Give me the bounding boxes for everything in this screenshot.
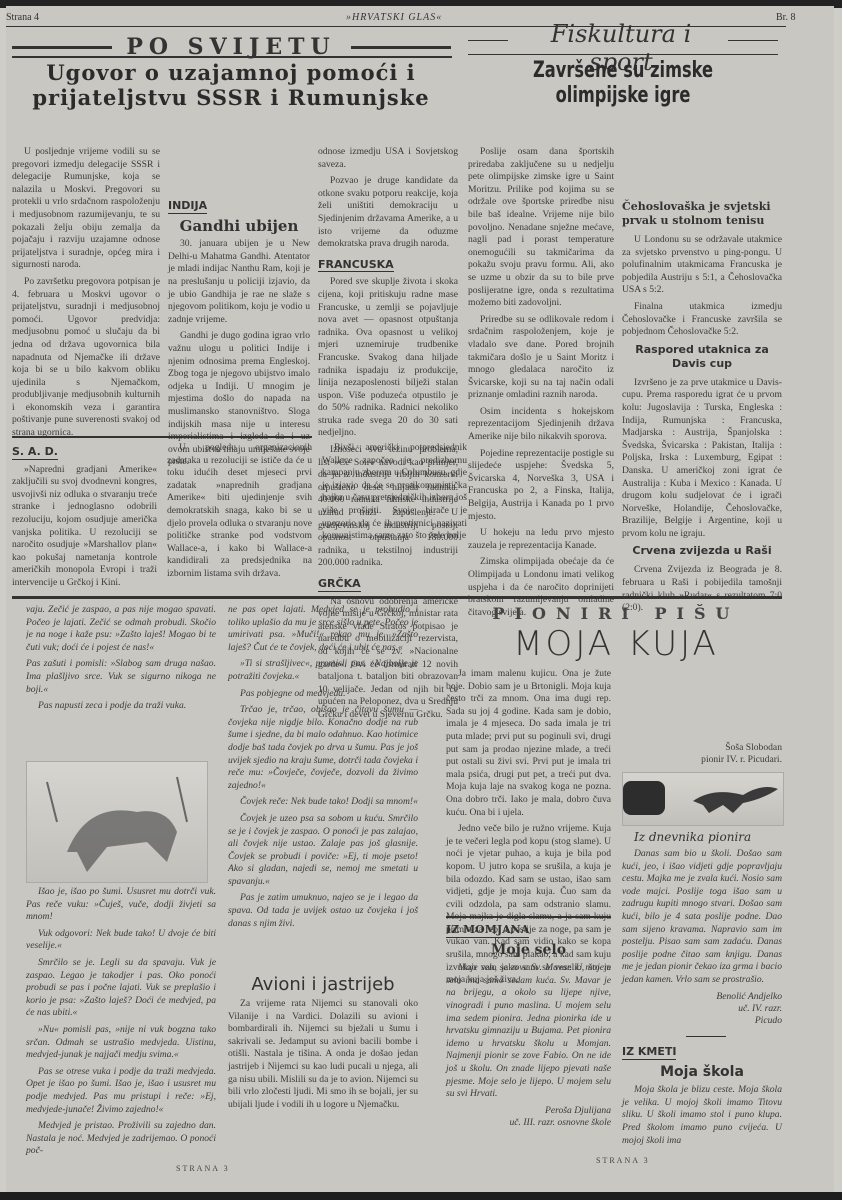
article-olympics: Poslije osam dana športskih priredaba za…: [468, 146, 614, 623]
headline-moja-kuja: MOJA KUJA: [446, 624, 786, 664]
section-label-kmeti: IZ KMETI: [622, 1046, 676, 1060]
article-ussr-romania: U posljednje vrijeme vodili su se pregov…: [12, 146, 160, 444]
story-column-1-bottom: Išao je, išao po šumi. Ususret mu dotrči…: [26, 886, 216, 1162]
paragraph: Vuk odgovori: Nek bude tako! U dvoje će …: [26, 928, 216, 953]
scan-bottom-border: [0, 1192, 842, 1200]
illustration-dog-and-wolf: [26, 761, 208, 883]
sport-rule-left: [468, 40, 508, 41]
paragraph: Pas zašuti i pomisli: »Slabog sam druga …: [26, 658, 216, 696]
headline-table-tennis: Čehoslovaška je svjetski prvak u stolnom…: [622, 200, 782, 228]
paragraph: Pored sve skuplje života i skoka cijena,…: [318, 276, 458, 440]
paragraph: U pogledu organizacionih zadataka u rezo…: [167, 442, 312, 581]
paragraph: Čovjek reče: Nek bude tako! Dodji sa mno…: [228, 796, 418, 809]
divider-usa: [12, 436, 312, 438]
headline-moje-selo: Moje selo: [446, 944, 611, 957]
section-title-pioneers: PIONIRI PIŠU: [446, 604, 786, 623]
paragraph: U hokeju na ledu prvo mjesto zauzela je …: [468, 527, 614, 552]
story-column-1-top: vaju. Zečić je zaspao, a pas nije mogao …: [26, 604, 216, 722]
paragraph: Čovjek je uzeo psa sa sobom u kuću. Smrč…: [228, 813, 418, 889]
author-name: Peroša Djulijana: [446, 1105, 611, 1117]
paragraph: »Ti si strašljivec«, promisli pas. »Najb…: [228, 658, 418, 683]
section-label-usa: S. A. D.: [12, 446, 58, 460]
paragraph: Trčao je, trčao, obišao je čitavu šumu —…: [228, 704, 418, 792]
page-footer-right: STRANA 3: [596, 1156, 650, 1165]
paragraph: vaju. Zečić je zaspao, a pas nije mogao …: [26, 604, 216, 654]
paragraph: Poslije osam dana športskih priredaba za…: [468, 146, 614, 310]
section-label-momjana: IZ MOMJANA: [446, 924, 529, 938]
paragraph: U posljednje vrijeme vodili su se pregov…: [12, 146, 160, 272]
paragraph: Pas napusti zeca i podje da traži vuka.: [26, 700, 216, 713]
paragraph: Smrčilo se je. Legli su da spavaju. Vuk …: [26, 957, 216, 1020]
paragraph: »Nu« pomisli pas, »nije ni vuk bogzna ta…: [26, 1024, 216, 1062]
paragraph: odnose izmedju USA i Sovjetskog saveza.: [318, 146, 458, 171]
article-planes: Za vrijeme rata Nijemci su stanovali oko…: [228, 998, 418, 1115]
headline-crvena-zvijezda: Crvena zvijezda u Raši: [622, 544, 782, 558]
paragraph: Medvjed je pristao. Proživili su zajedno…: [26, 1120, 216, 1158]
newspaper-page: Strana 4 »HRVATSKI GLAS« Br. 8 PO SVIJET…: [6, 6, 834, 1194]
paragraph: Bivši američki potpredsjednik Wallace za…: [322, 442, 467, 543]
sport-underline: [468, 54, 778, 55]
section-rule-right: [351, 46, 451, 49]
paragraph: Za vrijeme rata Nijemci su stanovali oko…: [228, 998, 418, 1111]
paragraph: ne pas opet lajati. Medvjed se je probud…: [228, 604, 418, 654]
paragraph: 30. januara ubijen je u New Delhi-u Maha…: [168, 238, 310, 326]
paragraph: »Napredni gradjani Amerike« zaključili s…: [12, 464, 157, 590]
author-info: uč. III. razr. osnovne škole: [446, 1117, 611, 1129]
divider-kmeti: [686, 1036, 726, 1037]
paragraph: Pas je zatim umuknuo, najeo se je i lega…: [228, 892, 418, 930]
article-table-tennis: Čehoslovaška je svjetski prvak u stolnom…: [622, 196, 782, 619]
page-number: Strana 4: [6, 12, 39, 23]
article-usa: S. A. D. »Napredni gradjani Amerike« zak…: [12, 442, 312, 592]
paragraph: Moja škola je blizu ceste. Moja škola je…: [622, 1084, 782, 1147]
headline-olympics: Završene su zimske olimpijske igre: [496, 58, 750, 108]
article-india: INDIJA Gandhi ubijen 30. januara ubijen …: [168, 196, 310, 473]
paragraph: Pas pobjegne od medvjeda.: [228, 688, 418, 701]
article-kmeti: IZ KMETI Moja škola Moja škola je blizu …: [622, 1042, 782, 1151]
headline-davis-cup: Raspored utaknica za Davis cup: [622, 343, 782, 371]
headline-gandhi: Gandhi ubijen: [168, 220, 310, 233]
paragraph: U Londonu su se održavale utakmice za sv…: [622, 234, 782, 297]
newspaper-name: »HRVATSKI GLAS«: [346, 12, 442, 23]
paragraph: Danas sam bio u školi. Došao sam kući, j…: [622, 848, 782, 987]
paragraph: Pojedine reprezentacije postigle su slij…: [468, 448, 614, 524]
article-momjana: IZ MOMJANA Moje selo Moje selo se zove S…: [446, 920, 611, 1129]
section-label-france: FRANCUSKA: [318, 259, 394, 273]
sport-rule-right: [728, 40, 778, 41]
story-column-2: ne pas opet lajati. Medvjed se je probud…: [228, 604, 418, 934]
signature-soso: Šoša Slobodan pionir IV. r. Picudari.: [622, 742, 782, 766]
author-class: uč. IV. razr.: [622, 1003, 782, 1015]
headline-ussr-romania: Ugovor o uzajamnoj pomoći i prijateljstv…: [6, 60, 456, 110]
paragraph: Izvršeno je za prve utakmice u Davis-cup…: [622, 377, 782, 541]
author-place: Picudo: [622, 1015, 782, 1027]
paragraph: Po završetku pregovora potpisan je 4. fe…: [12, 276, 160, 440]
paragraph: Priredbe su se odlikovale redom i srdačn…: [468, 314, 614, 402]
page-footer-left: STRANA 3: [176, 1164, 230, 1173]
author-name: Šoša Slobodan: [622, 742, 782, 754]
paragraph: Moje selo se zove Sv. Mavar. U mojem sel…: [446, 962, 611, 1101]
author-name: Benolić Andjelko: [622, 991, 782, 1003]
issue-number: Br. 8: [776, 12, 795, 23]
paragraph: Pozvao je druge kandidate da otkone svak…: [318, 175, 458, 251]
illustration-fox: [622, 772, 784, 826]
section-label-greece: GRČKA: [318, 578, 361, 592]
paragraph: Pas se otrese vuka i podje da traži medv…: [26, 1066, 216, 1116]
article-diary: Danas sam bio u školi. Došao sam kući, j…: [622, 848, 782, 1027]
section-underline: [12, 56, 452, 58]
paragraph: Ja imam malenu kujicu. Ona je žute boje.…: [446, 668, 611, 819]
headline-diary: Iz dnevnika pionira: [634, 830, 751, 844]
headline-moja-skola: Moja škola: [622, 1066, 782, 1079]
paragraph: Osim incidenta s hokejskom reprezentacij…: [468, 406, 614, 444]
author-info: pionir IV. r. Picudari.: [622, 754, 782, 766]
section-label-india: INDIJA: [168, 200, 207, 214]
paragraph: Finalna utakmica izmedju Čehoslovačke i …: [622, 301, 782, 339]
paragraph: Išao je, išao po šumi. Ususret mu dotrči…: [26, 886, 216, 924]
divider-momjana: [446, 916, 611, 918]
section-rule-left: [12, 46, 112, 49]
lower-divider: [12, 596, 782, 599]
headline-planes: Avioni i jastrijeb: [228, 974, 418, 995]
